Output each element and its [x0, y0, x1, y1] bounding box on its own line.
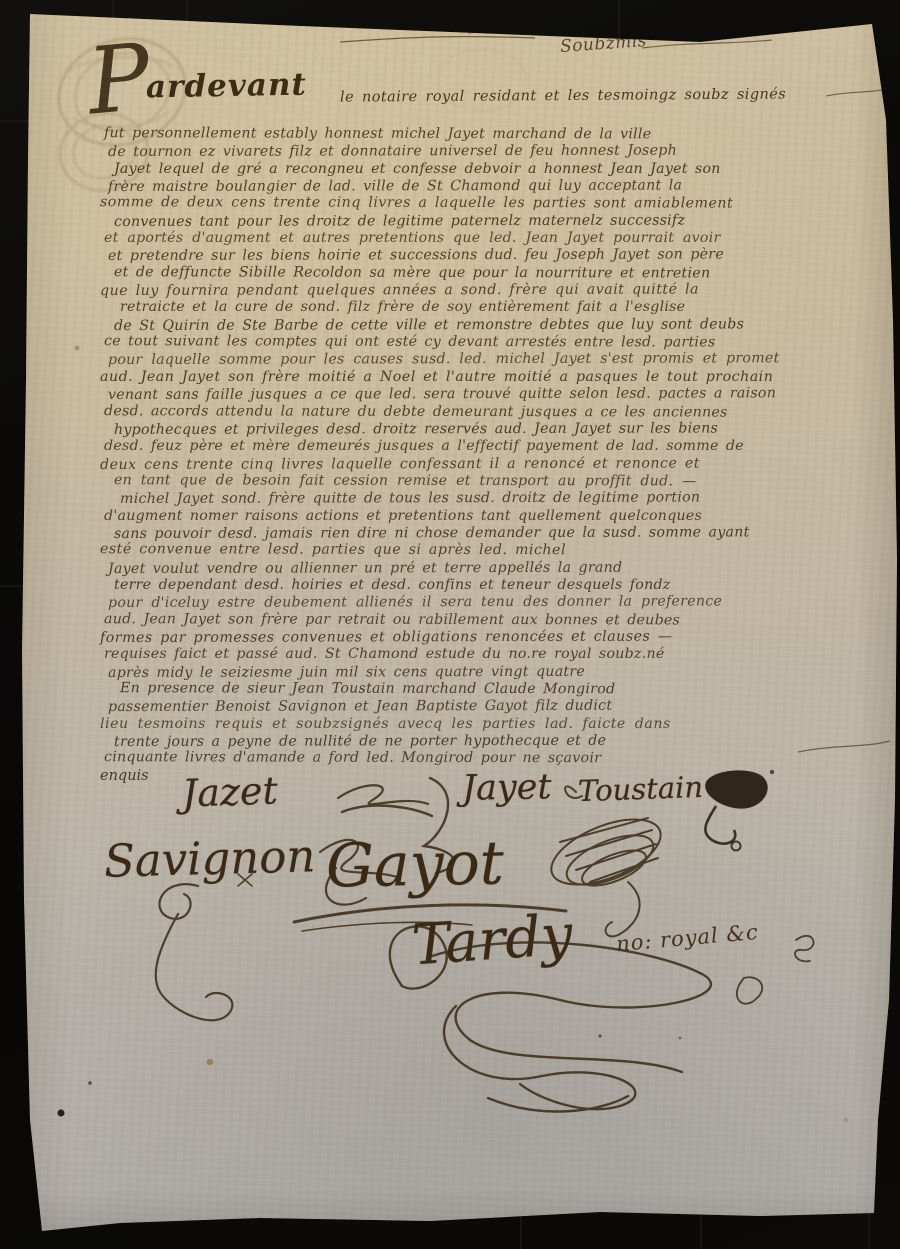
paper-specks [58, 345, 849, 1122]
tardy-paraph [390, 926, 711, 1111]
ink-blot [705, 770, 774, 851]
paraph-flourishes [0, 0, 900, 1249]
notary-paraph [795, 936, 813, 962]
tardy-tbar [294, 905, 566, 922]
jazet-paraph [338, 785, 428, 804]
cross-mark [238, 874, 252, 886]
margin-paraph [156, 884, 233, 1020]
background-tile-seam [520, 1212, 522, 1249]
tardy-underline [302, 922, 472, 931]
background-tile-seam [0, 120, 28, 122]
photo-of-manuscript: 1 Soubzmis P ardevant le notaire royal r… [0, 0, 900, 1249]
notary-loop [737, 977, 762, 1003]
toustain-curl [565, 786, 582, 798]
savignon-paraph [320, 840, 400, 905]
manuscript-page: 1 Soubzmis P ardevant le notaire royal r… [0, 0, 900, 1249]
background-tile-seam [0, 585, 24, 587]
gayot-paraph [542, 806, 669, 936]
jazet-paraph [342, 778, 454, 873]
background-tile-seam [618, 0, 620, 40]
